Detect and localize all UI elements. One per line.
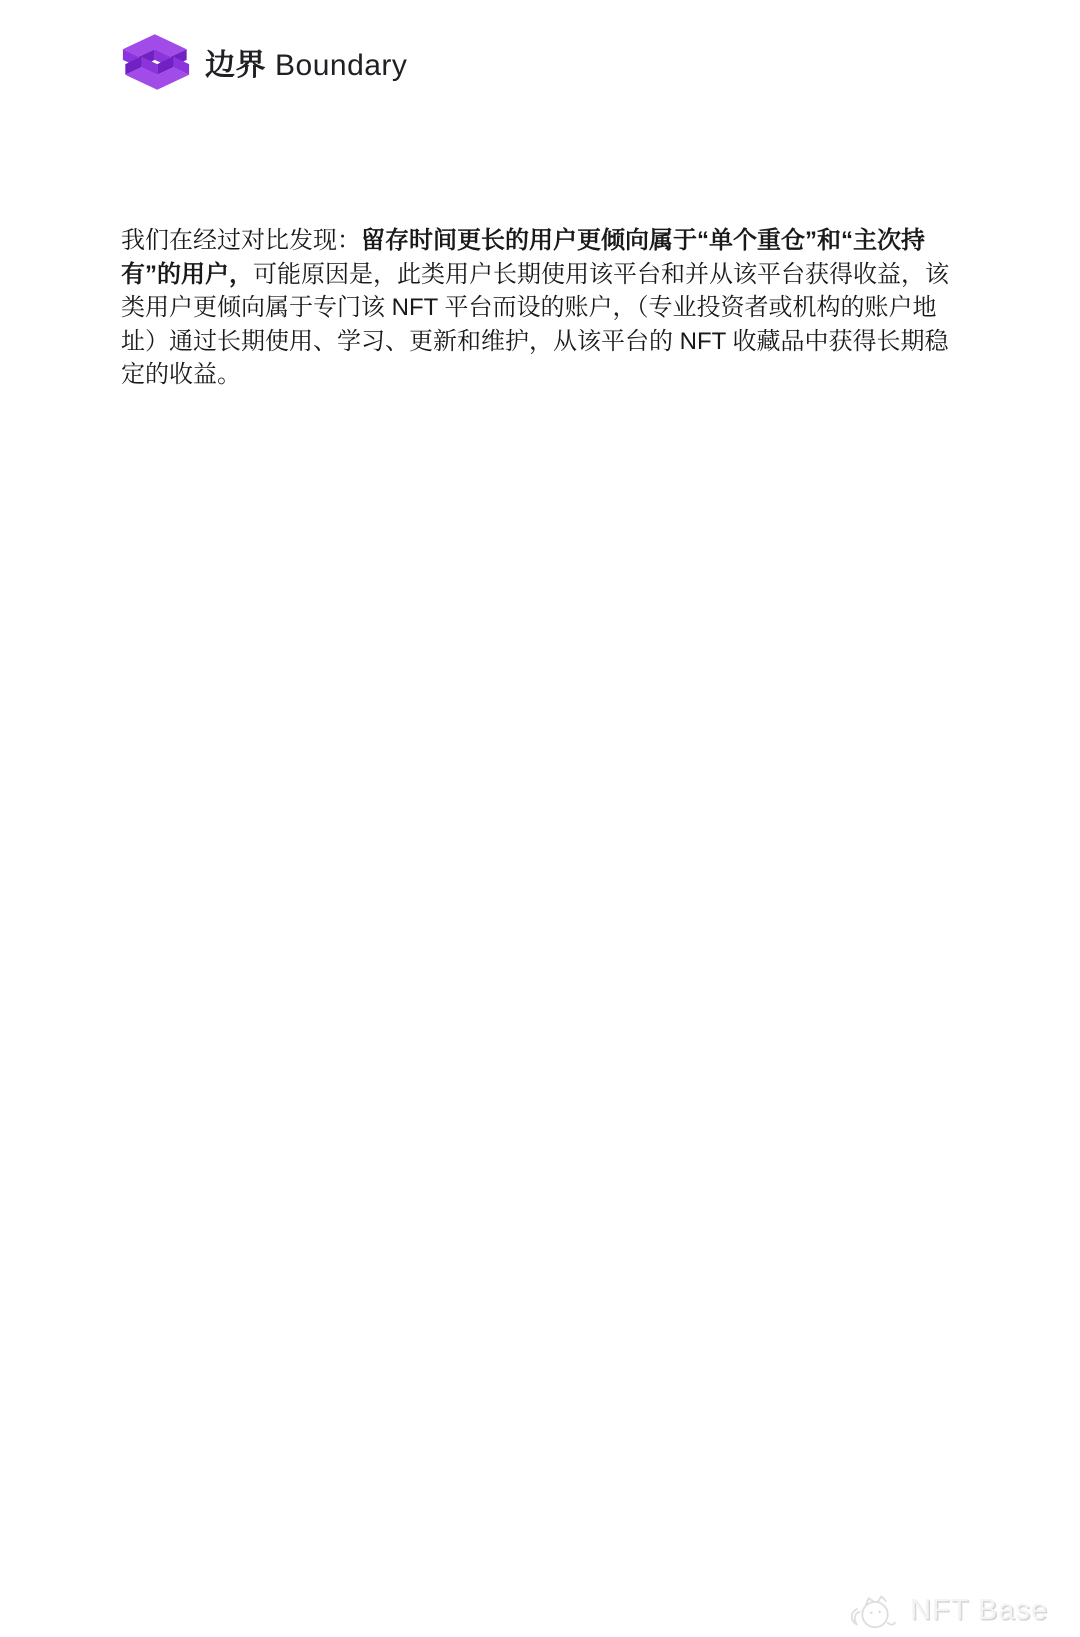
boundary-logo-icon bbox=[118, 30, 194, 94]
brand-text: 边界 Boundary bbox=[205, 40, 407, 84]
nft-base-cat-icon bbox=[846, 1589, 904, 1631]
brand-name-en: Boundary bbox=[275, 49, 407, 83]
watermark: NFT Base bbox=[846, 1589, 1048, 1631]
brand-logo: 边界 Boundary bbox=[118, 30, 407, 94]
paragraph-intro: 我们在经过对比发现： bbox=[121, 227, 361, 254]
body-paragraph: 我们在经过对比发现：留存时间更长的用户更倾向属于“单个重仓”和“主次持有”的用户… bbox=[121, 224, 957, 392]
watermark-label: NFT Base bbox=[910, 1594, 1048, 1627]
brand-name-cn: 边界 bbox=[205, 40, 266, 84]
document-page: 边界 Boundary 我们在经过对比发现：留存时间更长的用户更倾向属于“单个重… bbox=[0, 0, 1080, 1637]
